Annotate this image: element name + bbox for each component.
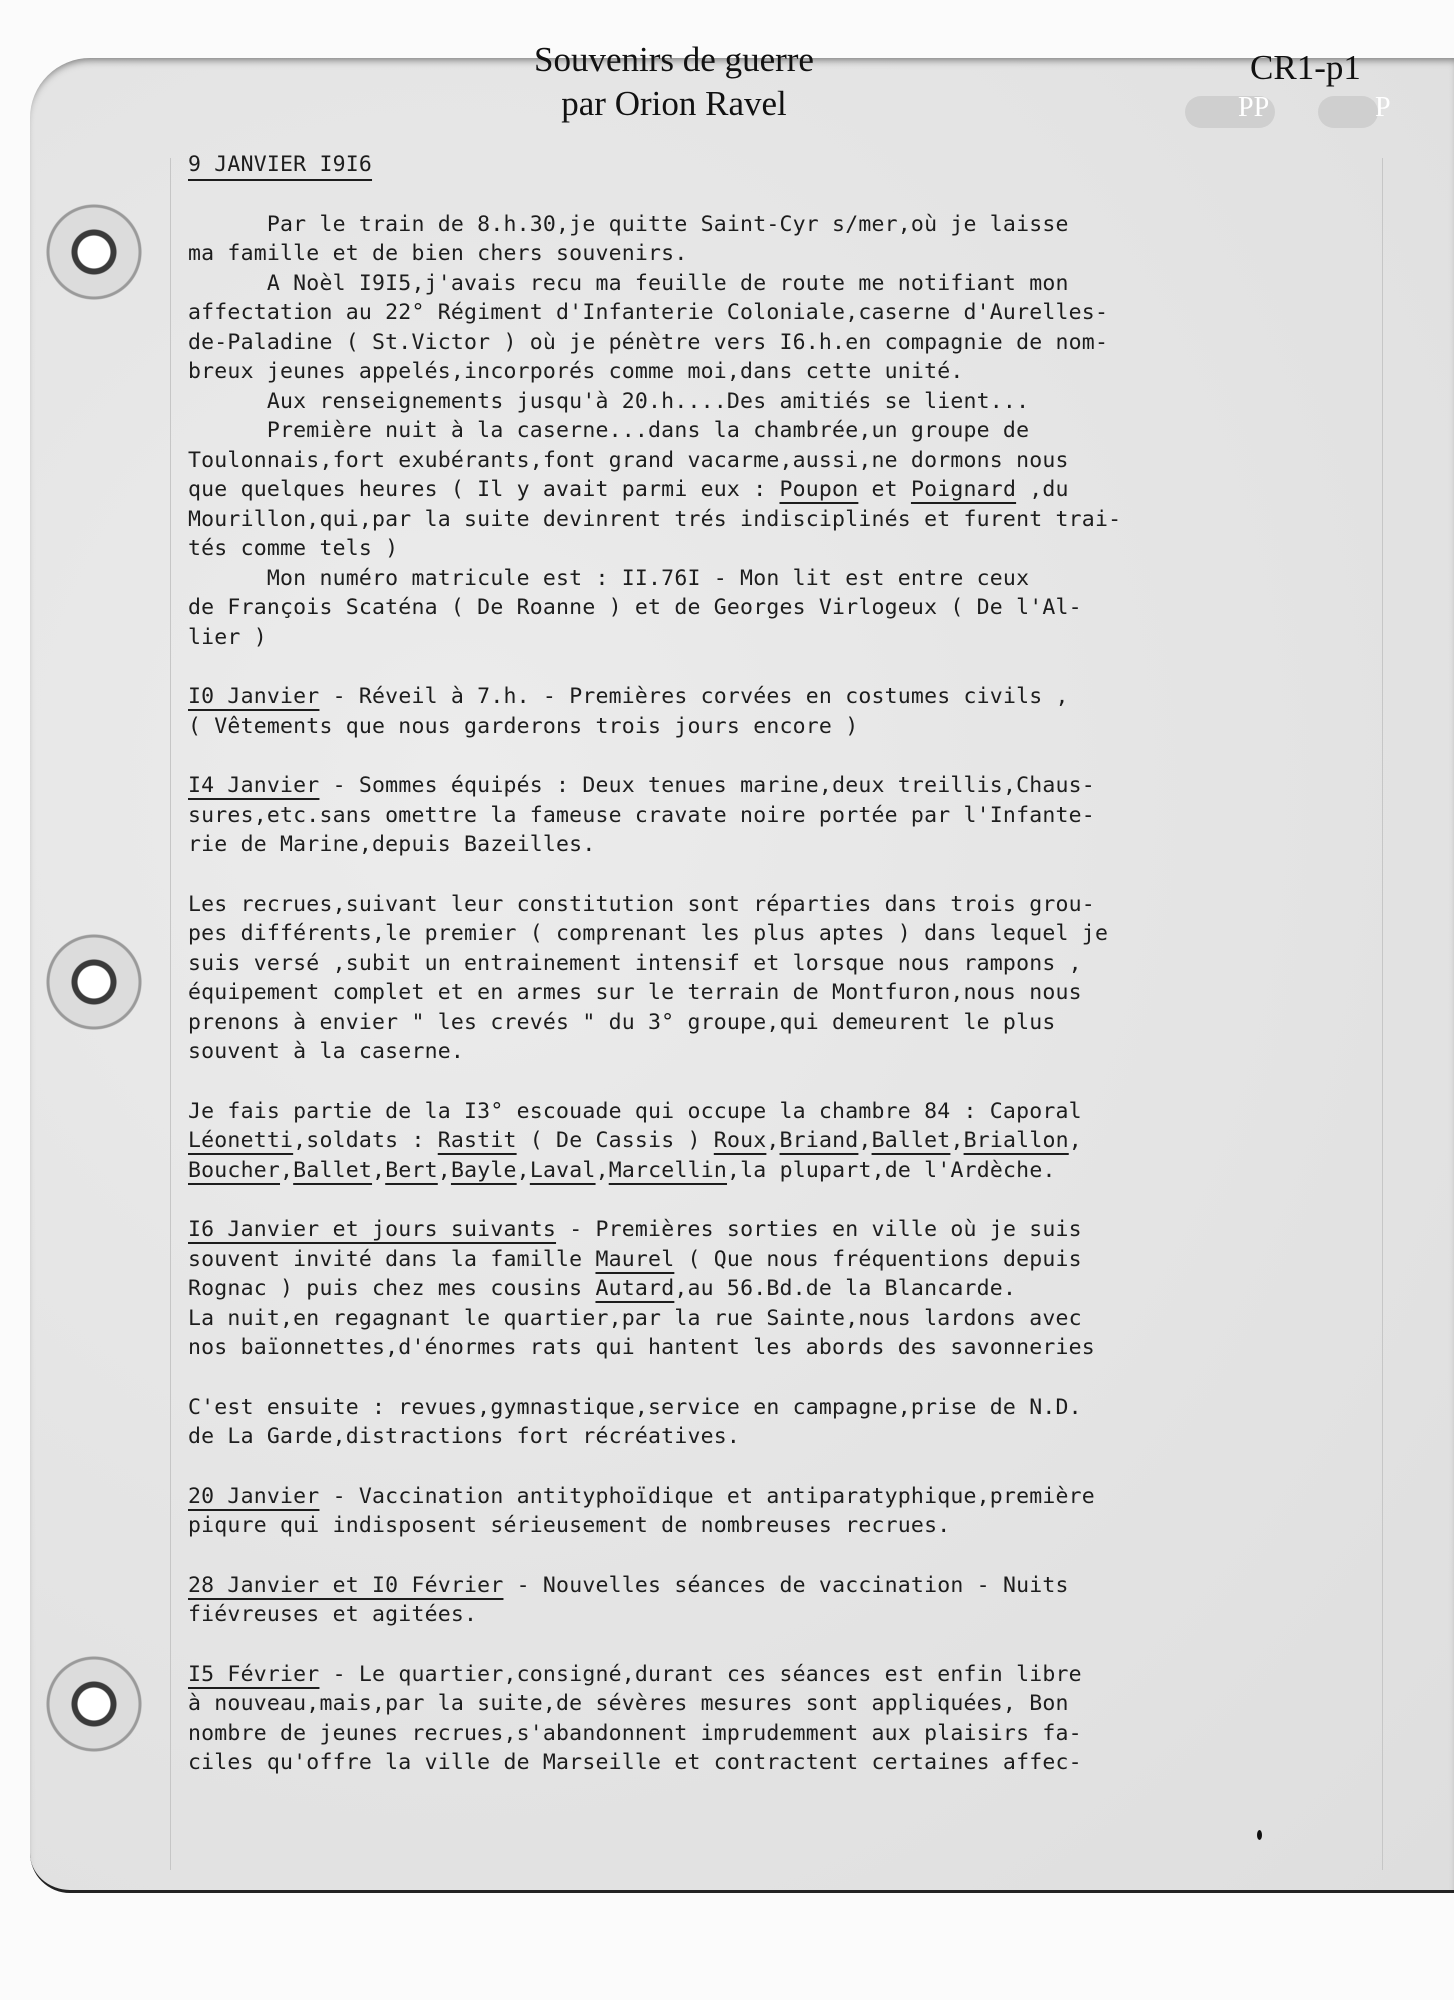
- punch-hole-top: [44, 202, 144, 302]
- underlined-term: Ballet: [293, 1158, 372, 1183]
- diary-entry: Les recrues,suivant leur constitution so…: [188, 890, 1398, 1067]
- text-line: C'est ensuite : revues,gymnastique,servi…: [188, 1393, 1398, 1423]
- paragraph-gap: [188, 1541, 1398, 1571]
- text-line: Aux renseignements jusqu'à 20.h....Des a…: [188, 387, 1398, 417]
- text-line: Toulonnais,fort exubérants,font grand va…: [188, 446, 1398, 476]
- underlined-term: Boucher: [188, 1158, 280, 1183]
- entries-container: Par le train de 8.h.30,je quitte Saint-C…: [188, 210, 1398, 1778]
- underlined-term: Autard: [595, 1276, 674, 1301]
- text-line: Boucher,Ballet,Bert,Bayle,Laval,Marcelli…: [188, 1156, 1398, 1186]
- paragraph-gap: [188, 1630, 1398, 1660]
- underlined-term: Poupon: [779, 477, 858, 502]
- text-line: I6 Janvier et jours suivants - Premières…: [188, 1215, 1398, 1245]
- text-line: ( Vêtements que nous garderons trois jou…: [188, 712, 1398, 742]
- text-line: lier ): [188, 623, 1398, 653]
- underlined-term: Maurel: [595, 1247, 674, 1272]
- title-line-1: Souvenirs de guerre: [0, 38, 1454, 82]
- punch-hole-middle: [44, 932, 144, 1032]
- text-line: piqure qui indisposent sérieusement de n…: [188, 1511, 1398, 1541]
- text-line: Première nuit à la caserne...dans la cha…: [188, 416, 1398, 446]
- underlined-term: Marcellin: [609, 1158, 727, 1183]
- text-line: I0 Janvier - Réveil à 7.h. - Premières c…: [188, 682, 1398, 712]
- text-line: de-Paladine ( St.Victor ) où je pénètre …: [188, 328, 1398, 358]
- text-line: souvent à la caserne.: [188, 1037, 1398, 1067]
- text-line: de La Garde,distractions fort récréative…: [188, 1422, 1398, 1452]
- text-line: Rognac ) puis chez mes cousins Autard,au…: [188, 1274, 1398, 1304]
- text-line: I5 Février - Le quartier,consigné,durant…: [188, 1660, 1398, 1690]
- text-line: suis versé ,subit un entrainement intens…: [188, 949, 1398, 979]
- underlined-term: I5 Février: [188, 1662, 319, 1687]
- text-line: A Noèl I9I5,j'avais recu ma feuille de r…: [188, 269, 1398, 299]
- underlined-term: Roux: [714, 1128, 767, 1153]
- text-line: prenons à envier " les crevés " du 3° gr…: [188, 1008, 1398, 1038]
- typed-document-body: 9 JANVIER I9I6 Par le train de 8.h.30,je…: [188, 150, 1398, 1778]
- text-line: à nouveau,mais,par la suite,de sévères m…: [188, 1689, 1398, 1719]
- ink-speck: [1257, 1830, 1262, 1840]
- underlined-term: Bert: [385, 1158, 438, 1183]
- underlined-term: I0 Janvier: [188, 684, 319, 709]
- underlined-term: 20 Janvier: [188, 1484, 319, 1509]
- diary-entry: I6 Janvier et jours suivants - Premières…: [188, 1215, 1398, 1363]
- text-line: ciles qu'offre la ville de Marseille et …: [188, 1748, 1398, 1778]
- text-line: Mon numéro matricule est : II.76I - Mon …: [188, 564, 1398, 594]
- text-line: I4 Janvier - Sommes équipés : Deux tenue…: [188, 771, 1398, 801]
- diary-entry: I0 Janvier - Réveil à 7.h. - Premières c…: [188, 682, 1398, 741]
- underlined-term: Rastit: [438, 1128, 517, 1153]
- smudge-mark: [1318, 96, 1378, 128]
- underlined-term: Ballet: [872, 1128, 951, 1153]
- diary-entry: I5 Février - Le quartier,consigné,durant…: [188, 1660, 1398, 1778]
- ghost-mark: P: [1375, 92, 1391, 124]
- intro-entry: Par le train de 8.h.30,je quitte Saint-C…: [188, 210, 1398, 653]
- text-line: Mourillon,qui,par la suite devinrent tré…: [188, 505, 1398, 535]
- underlined-term: I6 Janvier et jours suivants: [188, 1217, 556, 1242]
- text-line: affectation au 22° Régiment d'Infanterie…: [188, 298, 1398, 328]
- text-line: pes différents,le premier ( comprenant l…: [188, 919, 1398, 949]
- diary-entry: C'est ensuite : revues,gymnastique,servi…: [188, 1393, 1398, 1452]
- text-line: Léonetti,soldats : Rastit ( De Cassis ) …: [188, 1126, 1398, 1156]
- underlined-term: Poignard: [911, 477, 1016, 502]
- text-line: tés comme tels ): [188, 534, 1398, 564]
- punch-hole-bottom: [44, 1654, 144, 1754]
- text-line: 20 Janvier - Vaccination antityphoïdique…: [188, 1482, 1398, 1512]
- underlined-term: Bayle: [451, 1158, 517, 1183]
- text-line: ma famille et de bien chers souvenirs.: [188, 239, 1398, 269]
- underlined-term: Briand: [780, 1128, 859, 1153]
- diary-entry: 28 Janvier et I0 Février - Nouvelles séa…: [188, 1571, 1398, 1630]
- underlined-term: Léonetti: [188, 1128, 293, 1153]
- left-margin-line: [170, 158, 171, 1870]
- text-line: nos baïonnettes,d'énormes rats qui hante…: [188, 1333, 1398, 1363]
- text-line: La nuit,en regagnant le quartier,par la …: [188, 1304, 1398, 1334]
- diary-entry: Je fais partie de la I3° escouade qui oc…: [188, 1097, 1398, 1186]
- diary-entry: 20 Janvier - Vaccination antityphoïdique…: [188, 1482, 1398, 1541]
- text-line: fiévreuses et agitées.: [188, 1600, 1398, 1630]
- paragraph-gap: [188, 652, 1398, 682]
- page-reference: CR1-p1: [1250, 48, 1361, 88]
- text-line: rie de Marine,depuis Bazeilles.: [188, 830, 1398, 860]
- paragraph-gap: [188, 860, 1398, 890]
- underlined-term: Laval: [530, 1158, 596, 1183]
- date-heading: 9 JANVIER I9I6: [188, 150, 1398, 180]
- paragraph-gap: [188, 1185, 1398, 1215]
- text-line: que quelques heures ( Il y avait parmi e…: [188, 475, 1398, 505]
- text-line: Les recrues,suivant leur constitution so…: [188, 890, 1398, 920]
- text-line: souvent invité dans la famille Maurel ( …: [188, 1245, 1398, 1275]
- underlined-term: Briallon: [964, 1128, 1069, 1153]
- paragraph-gap: [188, 1363, 1398, 1393]
- text-line: nombre de jeunes recrues,s'abandonnent i…: [188, 1719, 1398, 1749]
- underlined-term: I4 Janvier: [188, 773, 319, 798]
- text-line: 28 Janvier et I0 Février - Nouvelles séa…: [188, 1571, 1398, 1601]
- text-line: breux jeunes appelés,incorporés comme mo…: [188, 357, 1398, 387]
- paragraph-gap: [188, 741, 1398, 771]
- underlined-term: 28 Janvier et I0 Février: [188, 1573, 503, 1598]
- paragraph-gap: [188, 1452, 1398, 1482]
- text-line: de François Scaténa ( De Roanne ) et de …: [188, 593, 1398, 623]
- text-line: équipement complet et en armes sur le te…: [188, 978, 1398, 1008]
- diary-entry: I4 Janvier - Sommes équipés : Deux tenue…: [188, 771, 1398, 860]
- text-line: Je fais partie de la I3° escouade qui oc…: [188, 1097, 1398, 1127]
- text-line: sures,etc.sans omettre la fameuse cravat…: [188, 801, 1398, 831]
- text-line: Par le train de 8.h.30,je quitte Saint-C…: [188, 210, 1398, 240]
- paragraph-gap: [188, 1067, 1398, 1097]
- ghost-mark: PP: [1238, 92, 1269, 124]
